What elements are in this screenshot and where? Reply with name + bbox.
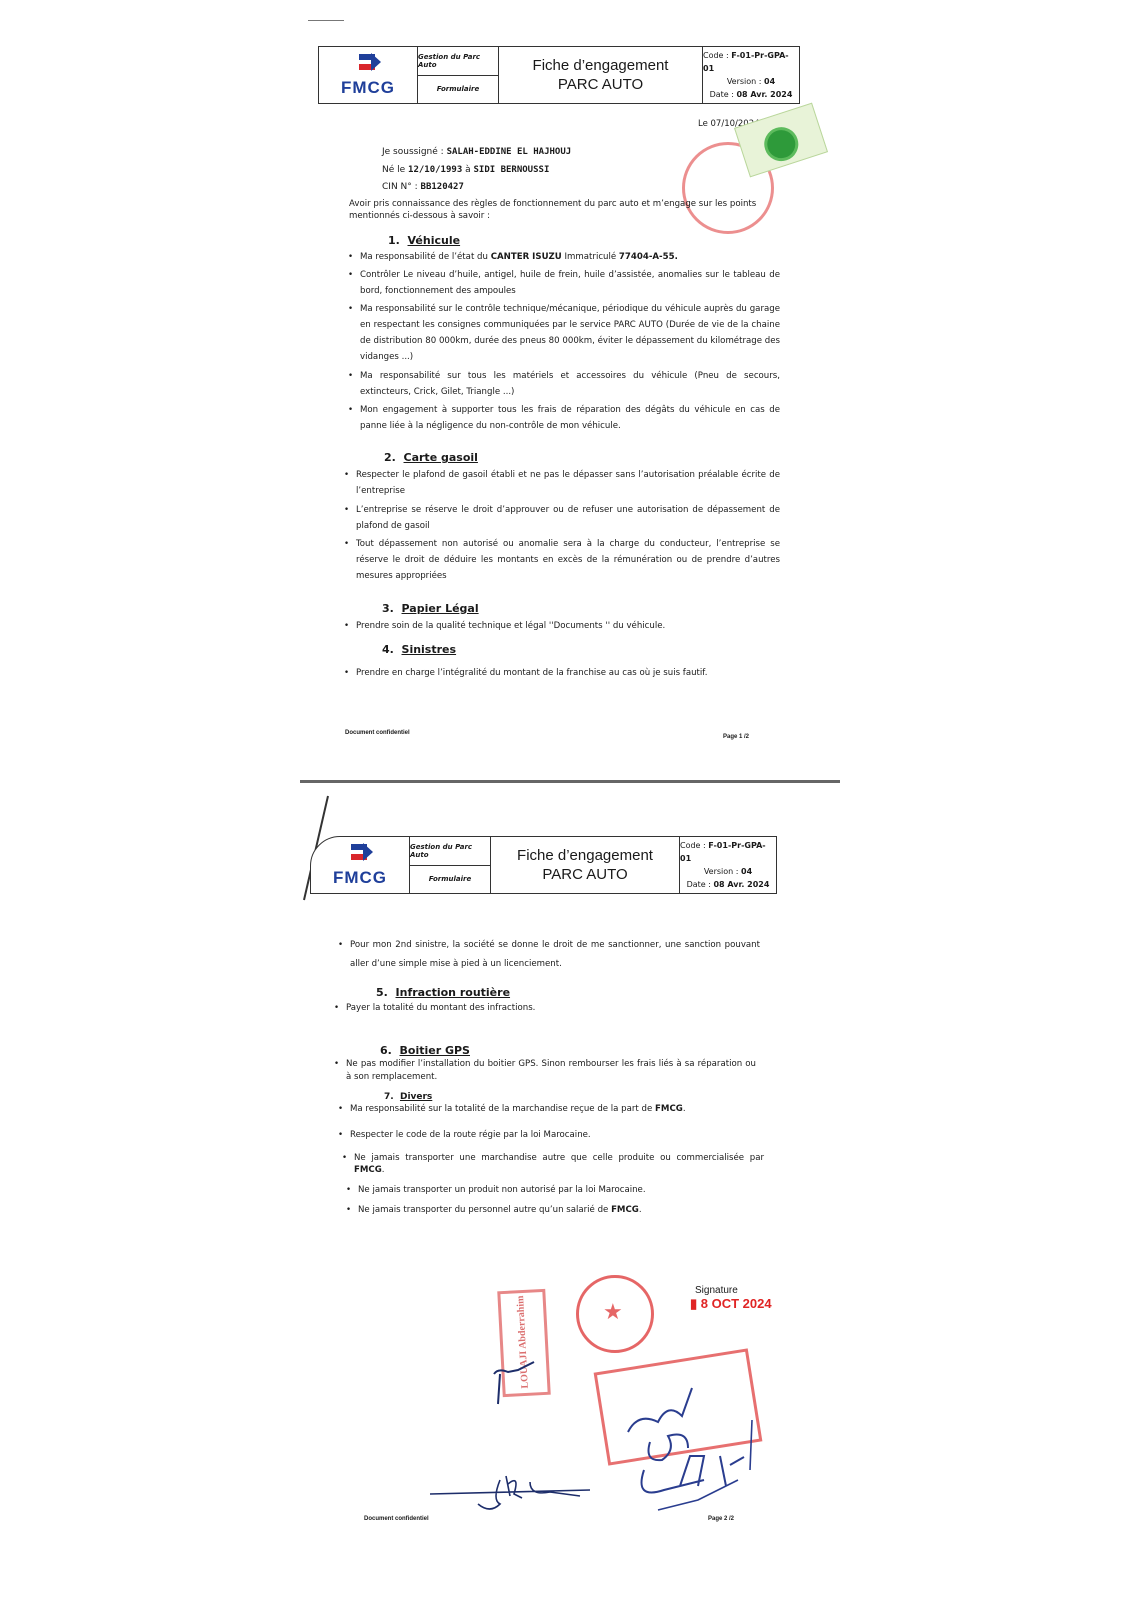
document-page-1: FMCG Gestion du Parc Auto Formulaire Fic…: [300, 14, 840, 774]
company-name: FMCG: [333, 868, 387, 888]
section-2-item: Tout dépassement non autorisé ou anomali…: [344, 536, 780, 584]
document-header: FMCG Gestion du Parc Auto Formulaire Fic…: [310, 836, 777, 894]
document-meta: Code : F-01-Pr-GPA-01 Version : 04 Date …: [680, 837, 776, 893]
company-logo: FMCG: [311, 837, 410, 893]
section-4-title: 4. Sinistres: [382, 643, 456, 656]
doc-version: 04: [741, 867, 752, 876]
doc-date: 08 Avr. 2024: [713, 880, 769, 889]
department-label: Gestion du Parc Auto: [410, 837, 490, 866]
company-logo: FMCG: [319, 47, 418, 103]
document-header: FMCG Gestion du Parc Auto Formulaire Fic…: [318, 46, 800, 104]
section-6-title: 6. Boitier GPS: [380, 1044, 470, 1057]
section-1-item: Mon engagement à supporter tous les frai…: [348, 402, 780, 434]
section-2-item: L’entreprise se réserve le droit d’appro…: [344, 502, 780, 534]
manager-signature: [430, 1470, 630, 1510]
section-1-item: Ma responsabilité sur le contrôle techni…: [348, 301, 780, 365]
section-7-item: Respecter le code de la route régie par …: [338, 1127, 760, 1143]
section-1-item: Contrôler Le niveau d’huile, antigel, hu…: [348, 267, 780, 299]
section-4-item-continued: Pour mon 2nd sinistre, la société se don…: [338, 936, 760, 974]
footer-confidential: Document confidentiel: [364, 1516, 429, 1522]
doc-type-label: Formulaire: [410, 866, 490, 894]
doc-version: 04: [764, 77, 775, 86]
document-page-2: FMCG Gestion du Parc Auto Formulaire Fic…: [300, 790, 840, 1590]
section-7-item: Ne jamais transporter un produit non aut…: [346, 1182, 768, 1198]
section-5-item: Payer la totalité du montant des infract…: [334, 1000, 760, 1016]
section-7-item: Ne jamais transporter du personnel autre…: [346, 1202, 768, 1218]
tax-stamp: [734, 103, 828, 178]
intro-paragraph: Avoir pris connaissance des règles de fo…: [349, 198, 769, 222]
fmcg-arrow-icon: [345, 842, 375, 866]
doc-date: 08 Avr. 2024: [736, 90, 792, 99]
document-title: Fiche d’engagement PARC AUTO: [499, 47, 703, 103]
page-number: Page 2 /2: [708, 1516, 734, 1522]
fmcg-arrow-icon: [353, 52, 383, 76]
document-meta: Code : F-01-Pr-GPA-01 Version : 04 Date …: [703, 47, 799, 103]
section-2-title: 2. Carte gasoil: [384, 451, 478, 464]
section-1-item: Ma responsabilité de l’état du CANTER IS…: [348, 249, 780, 265]
declarant-birth-line: Né le 12/10/1993 à SIDI BERNOUSSI: [382, 162, 549, 178]
page-number: Page 1 /2: [723, 734, 749, 740]
section-4-item: Prendre en charge l’intégralité du monta…: [344, 665, 780, 681]
section-5-title: 5. Infraction routière: [376, 986, 510, 999]
page-separator: [300, 780, 840, 783]
declarant-name-line: Je soussigné : SALAH-EDDINE EL HAJHOUJ: [382, 144, 571, 160]
doc-type-label: Formulaire: [418, 76, 498, 104]
declarant-cin: BB120427: [421, 182, 464, 192]
department-label: Gestion du Parc Auto: [418, 47, 498, 76]
section-3-title: 3. Papier Légal: [382, 602, 479, 615]
section-6-item: Ne pas modifier l’installation du boitie…: [334, 1058, 756, 1084]
section-7-item: Ne jamais transporter une marchandise au…: [342, 1152, 764, 1176]
document-title: Fiche d’engagement PARC AUTO: [491, 837, 680, 893]
section-2-item: Respecter le plafond de gasoil établi et…: [344, 467, 780, 499]
section-1-title: 1. Véhicule: [388, 234, 460, 247]
declarant-name: SALAH-EDDINE EL HAJHOUJ: [447, 147, 572, 157]
footer-confidential: Document confidentiel: [345, 730, 410, 736]
company-name: FMCG: [341, 78, 395, 98]
section-3-item: Prendre soin de la qualité technique et …: [344, 618, 780, 634]
section-7-item: Ma responsabilité sur la totalité de la …: [338, 1101, 760, 1117]
declarant-cin-line: CIN N° : BB120427: [382, 179, 464, 195]
scan-edge: [308, 20, 344, 21]
section-1-item: Ma responsabilité sur tous les matériels…: [348, 368, 780, 400]
